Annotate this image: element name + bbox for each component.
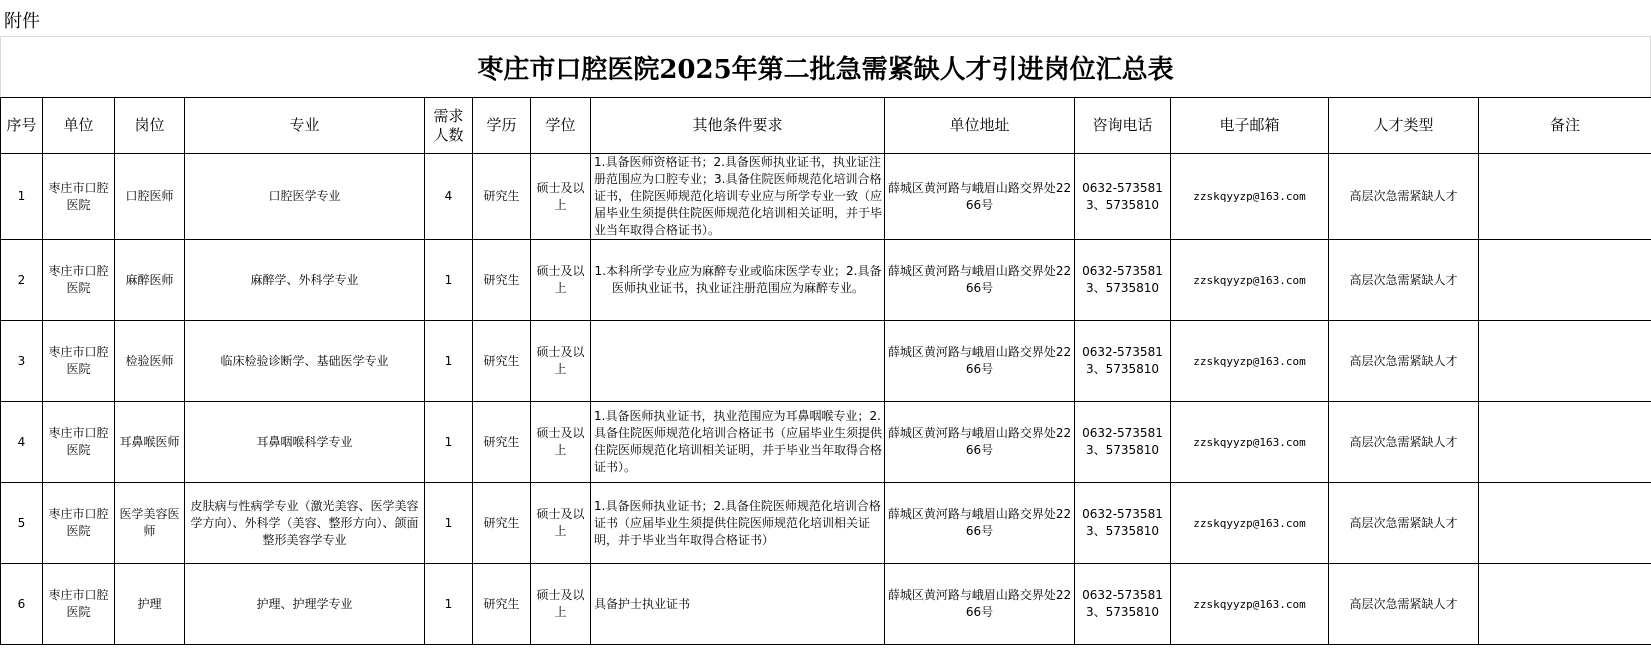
cell-requirements: 1.本科所学专业应为麻醉专业或临床医学专业；2.具备医师执业证书，执业证注册范围… <box>591 240 885 321</box>
spreadsheet-page: 附件 枣庄市口腔医院2025年第二批急需紧缺人才引进岗位汇总表 序号 单位 岗位 <box>0 0 1651 671</box>
header-remarks: 备注 <box>1479 98 1651 154</box>
header-unit: 单位 <box>43 98 115 154</box>
cell-seq: 6 <box>1 564 43 645</box>
cell-post: 检验医师 <box>115 321 185 402</box>
cell-phone: 0632-5735813、5735810 <box>1075 154 1171 240</box>
cell-requirements: 1.具备医师执业证书；2.具备住院医师规范化培训合格证书（应届毕业生须提供住院医… <box>591 483 885 564</box>
cell-talent-type: 高层次急需紧缺人才 <box>1329 154 1479 240</box>
cell-remarks <box>1479 564 1651 645</box>
cell-post: 护理 <box>115 564 185 645</box>
table-row: 6 枣庄市口腔医院 护理 护理、护理学专业 1 研究生 硕士及以上 具备护士执业… <box>1 564 1651 645</box>
cell-major: 口腔医学专业 <box>185 154 425 240</box>
header-post: 岗位 <box>115 98 185 154</box>
cell-major: 耳鼻咽喉科学专业 <box>185 402 425 483</box>
header-row: 序号 单位 岗位 专业 需求人数 学历 学位 其他条件要求 单位地址 咨询电话 … <box>1 98 1651 154</box>
cell-degree: 硕士及以上 <box>531 321 591 402</box>
cell-unit: 枣庄市口腔医院 <box>43 564 115 645</box>
cell-phone: 0632-5735813、5735810 <box>1075 564 1171 645</box>
cell-email: zzskqyyzp@163.com <box>1171 240 1329 321</box>
cell-requirements <box>591 321 885 402</box>
cell-major: 护理、护理学专业 <box>185 564 425 645</box>
cell-education: 研究生 <box>473 402 531 483</box>
cell-major: 皮肤病与性病学专业（激光美容、医学美容学方向）、外科学（美容、整形方向）、颌面整… <box>185 483 425 564</box>
header-talent-type: 人才类型 <box>1329 98 1479 154</box>
cell-email: zzskqyyzp@163.com <box>1171 154 1329 240</box>
cell-address: 薛城区黄河路与峨眉山路交界处2266号 <box>885 564 1075 645</box>
cell-talent-type: 高层次急需紧缺人才 <box>1329 564 1479 645</box>
cell-remarks <box>1479 154 1651 240</box>
cell-unit: 枣庄市口腔医院 <box>43 483 115 564</box>
cell-education: 研究生 <box>473 564 531 645</box>
cell-requirements: 1.具备医师执业证书，执业范围应为耳鼻咽喉专业；2.具备住院医师规范化培训合格证… <box>591 402 885 483</box>
header-address: 单位地址 <box>885 98 1075 154</box>
cell-seq: 4 <box>1 402 43 483</box>
cell-email: zzskqyyzp@163.com <box>1171 483 1329 564</box>
table-row: 5 枣庄市口腔医院 医学美容医师 皮肤病与性病学专业（激光美容、医学美容学方向）… <box>1 483 1651 564</box>
cell-unit: 枣庄市口腔医院 <box>43 402 115 483</box>
cell-count: 4 <box>425 154 473 240</box>
header-count: 需求人数 <box>425 98 473 154</box>
attachment-row: 附件 <box>0 0 1651 37</box>
cell-count: 1 <box>425 402 473 483</box>
cell-post: 口腔医师 <box>115 154 185 240</box>
cell-phone: 0632-5735813、5735810 <box>1075 402 1171 483</box>
cell-degree: 硕士及以上 <box>531 564 591 645</box>
cell-email: zzskqyyzp@163.com <box>1171 402 1329 483</box>
cell-address: 薛城区黄河路与峨眉山路交界处2266号 <box>885 240 1075 321</box>
cell-count: 1 <box>425 564 473 645</box>
cell-email: zzskqyyzp@163.com <box>1171 321 1329 402</box>
page-title: 枣庄市口腔医院2025年第二批急需紧缺人才引进岗位汇总表 <box>1 49 1650 86</box>
header-major: 专业 <box>185 98 425 154</box>
cell-education: 研究生 <box>473 483 531 564</box>
cell-talent-type: 高层次急需紧缺人才 <box>1329 240 1479 321</box>
cell-degree: 硕士及以上 <box>531 240 591 321</box>
table-row: 3 枣庄市口腔医院 检验医师 临床检验诊断学、基础医学专业 1 研究生 硕士及以… <box>1 321 1651 402</box>
table-row: 1 枣庄市口腔医院 口腔医师 口腔医学专业 4 研究生 硕士及以上 1.具备医师… <box>1 154 1651 240</box>
cell-seq: 2 <box>1 240 43 321</box>
cell-major: 临床检验诊断学、基础医学专业 <box>185 321 425 402</box>
positions-table: 序号 单位 岗位 专业 需求人数 学历 学位 其他条件要求 单位地址 咨询电话 … <box>0 97 1651 645</box>
title-row: 枣庄市口腔医院2025年第二批急需紧缺人才引进岗位汇总表 <box>0 37 1651 97</box>
header-requirements: 其他条件要求 <box>591 98 885 154</box>
cell-remarks <box>1479 483 1651 564</box>
cell-unit: 枣庄市口腔医院 <box>43 321 115 402</box>
cell-degree: 硕士及以上 <box>531 154 591 240</box>
cell-talent-type: 高层次急需紧缺人才 <box>1329 402 1479 483</box>
cell-seq: 5 <box>1 483 43 564</box>
cell-count: 1 <box>425 483 473 564</box>
header-email: 电子邮箱 <box>1171 98 1329 154</box>
header-phone: 咨询电话 <box>1075 98 1171 154</box>
cell-requirements: 1.具备医师资格证书；2.具备医师执业证书，执业证注册范围应为口腔专业；3.具备… <box>591 154 885 240</box>
cell-address: 薛城区黄河路与峨眉山路交界处2266号 <box>885 402 1075 483</box>
cell-degree: 硕士及以上 <box>531 402 591 483</box>
cell-remarks <box>1479 402 1651 483</box>
cell-address: 薛城区黄河路与峨眉山路交界处2266号 <box>885 154 1075 240</box>
cell-post: 耳鼻喉医师 <box>115 402 185 483</box>
cell-address: 薛城区黄河路与峨眉山路交界处2266号 <box>885 321 1075 402</box>
cell-post: 麻醉医师 <box>115 240 185 321</box>
cell-phone: 0632-5735813、5735810 <box>1075 321 1171 402</box>
cell-requirements: 具备护士执业证书 <box>591 564 885 645</box>
cell-education: 研究生 <box>473 321 531 402</box>
header-seq: 序号 <box>1 98 43 154</box>
cell-remarks <box>1479 240 1651 321</box>
header-degree: 学位 <box>531 98 591 154</box>
cell-seq: 3 <box>1 321 43 402</box>
cell-talent-type: 高层次急需紧缺人才 <box>1329 321 1479 402</box>
cell-phone: 0632-5735813、5735810 <box>1075 483 1171 564</box>
header-education: 学历 <box>473 98 531 154</box>
cell-degree: 硕士及以上 <box>531 483 591 564</box>
cell-post: 医学美容医师 <box>115 483 185 564</box>
cell-talent-type: 高层次急需紧缺人才 <box>1329 483 1479 564</box>
cell-count: 1 <box>425 240 473 321</box>
cell-remarks <box>1479 321 1651 402</box>
attachment-label: 附件 <box>4 7 40 33</box>
cell-phone: 0632-5735813、5735810 <box>1075 240 1171 321</box>
cell-education: 研究生 <box>473 240 531 321</box>
cell-address: 薛城区黄河路与峨眉山路交界处2266号 <box>885 483 1075 564</box>
cell-seq: 1 <box>1 154 43 240</box>
cell-email: zzskqyyzp@163.com <box>1171 564 1329 645</box>
cell-count: 1 <box>425 321 473 402</box>
cell-unit: 枣庄市口腔医院 <box>43 240 115 321</box>
table-row: 2 枣庄市口腔医院 麻醉医师 麻醉学、外科学专业 1 研究生 硕士及以上 1.本… <box>1 240 1651 321</box>
cell-education: 研究生 <box>473 154 531 240</box>
table-row: 4 枣庄市口腔医院 耳鼻喉医师 耳鼻咽喉科学专业 1 研究生 硕士及以上 1.具… <box>1 402 1651 483</box>
cell-major: 麻醉学、外科学专业 <box>185 240 425 321</box>
cell-unit: 枣庄市口腔医院 <box>43 154 115 240</box>
